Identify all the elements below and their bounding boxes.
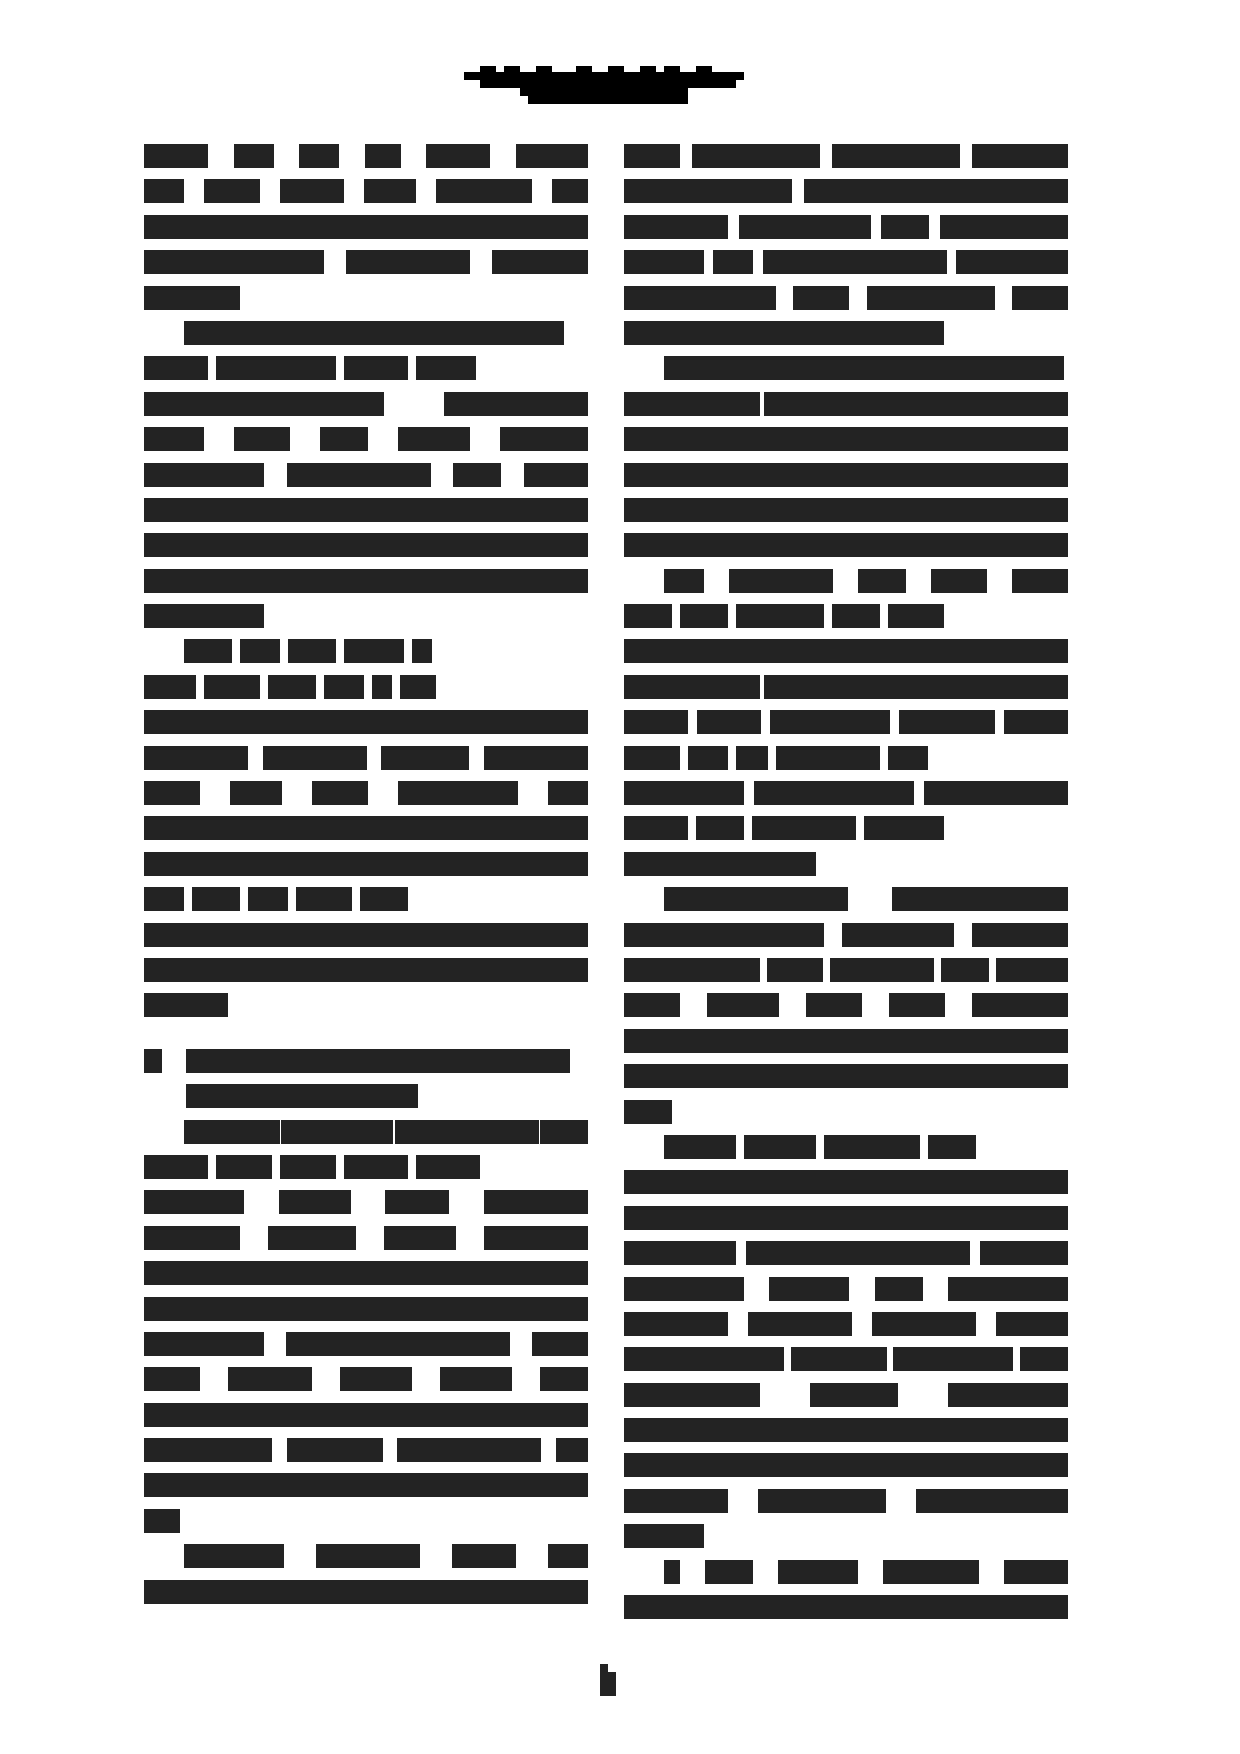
redacted-word	[540, 1120, 588, 1144]
redacted-word	[624, 215, 728, 239]
text-line	[624, 923, 1068, 947]
redacted-word	[144, 1190, 244, 1214]
text-line	[144, 392, 588, 416]
redacted-word	[931, 569, 987, 593]
redacted-word	[484, 1190, 588, 1214]
redacted-word	[696, 816, 744, 840]
redacted-word	[540, 1367, 588, 1391]
redacted-word	[268, 675, 316, 699]
redacted-word	[804, 179, 1068, 203]
redacted-word	[680, 604, 728, 628]
redacted-word	[184, 321, 564, 345]
redacted-word	[624, 250, 704, 274]
redacted-word	[144, 1332, 264, 1356]
text-line	[624, 569, 1068, 593]
redacted-word	[184, 1544, 284, 1568]
redacted-word	[832, 604, 880, 628]
redacted-word	[697, 710, 761, 734]
text-line	[144, 1473, 588, 1497]
redacted-word	[624, 958, 760, 982]
text-line	[624, 1312, 1068, 1336]
redacted-word	[744, 1135, 816, 1159]
redacted-word	[516, 144, 588, 168]
redacted-word	[624, 816, 688, 840]
redacted-word	[398, 781, 518, 805]
redacted-word	[453, 463, 501, 487]
redacted-word	[624, 993, 680, 1017]
redacted-word	[875, 1277, 923, 1301]
redacted-word	[144, 392, 384, 416]
redacted-word	[144, 887, 184, 911]
redacted-word	[791, 1347, 887, 1371]
text-line	[624, 1347, 1068, 1371]
text-line	[144, 1544, 588, 1568]
text-line	[624, 321, 1068, 345]
text-line	[144, 923, 588, 947]
text-line	[624, 639, 1068, 663]
redacted-word	[824, 1135, 920, 1159]
redacted-word	[752, 816, 856, 840]
redacted-word	[624, 1029, 1068, 1053]
text-line	[144, 1367, 588, 1391]
text-line	[624, 746, 1068, 770]
text-line	[624, 179, 1068, 203]
redacted-word	[764, 392, 1068, 416]
text-line	[144, 710, 588, 734]
redacted-word	[624, 675, 760, 699]
redacted-word	[344, 356, 408, 380]
text-line	[624, 427, 1068, 451]
redacted-word	[793, 286, 849, 310]
text-line	[624, 1560, 1068, 1584]
redacted-word	[144, 852, 588, 876]
redacted-word	[763, 250, 947, 274]
redacted-word	[867, 286, 995, 310]
redacted-word	[624, 179, 792, 203]
redacted-word	[736, 746, 768, 770]
redacted-word	[624, 923, 824, 947]
redacted-word	[263, 746, 367, 770]
redacted-word	[705, 1560, 753, 1584]
redacted-word	[688, 746, 728, 770]
text-line	[144, 887, 588, 911]
text-line	[144, 1155, 588, 1179]
header-text-block	[664, 66, 680, 74]
redacted-word	[664, 569, 704, 593]
spacer	[144, 1029, 588, 1049]
redacted-word	[864, 816, 944, 840]
redacted-word	[948, 1277, 1068, 1301]
text-line	[144, 852, 588, 876]
text-line	[624, 1524, 1068, 1548]
text-line	[144, 463, 588, 487]
redacted-word	[340, 1367, 412, 1391]
text-line	[624, 144, 1068, 168]
text-line	[624, 887, 1068, 911]
redacted-word	[280, 179, 344, 203]
text-line	[624, 498, 1068, 522]
redacted-word	[769, 1277, 849, 1301]
text-line	[624, 710, 1068, 734]
redacted-word	[144, 1580, 588, 1604]
redacted-word	[664, 1560, 680, 1584]
redacted-word	[754, 781, 914, 805]
text-line	[624, 1418, 1068, 1442]
redacted-word	[624, 1277, 744, 1301]
redacted-word	[872, 1312, 976, 1336]
redacted-word	[144, 286, 240, 310]
redacted-word	[810, 1383, 898, 1407]
redacted-word	[624, 463, 1068, 487]
redacted-word	[624, 144, 680, 168]
redacted-word	[996, 958, 1068, 982]
redacted-word	[144, 604, 264, 628]
redacted-word	[889, 993, 945, 1017]
redacted-word	[624, 1170, 1068, 1194]
redacted-word	[426, 144, 490, 168]
redacted-word	[729, 569, 833, 593]
text-line	[624, 1135, 1068, 1159]
redacted-word	[956, 250, 1068, 274]
redacted-word	[624, 781, 744, 805]
redacted-word	[230, 781, 282, 805]
text-line	[144, 1190, 588, 1214]
redacted-word	[624, 1418, 1068, 1442]
redacted-word	[624, 710, 688, 734]
redacted-word	[364, 179, 416, 203]
redacted-word	[234, 144, 274, 168]
redacted-word	[899, 710, 995, 734]
redacted-word	[312, 781, 368, 805]
redacted-word	[858, 569, 906, 593]
redacted-word	[144, 923, 588, 947]
redacted-word	[940, 215, 1068, 239]
redacted-word	[624, 1453, 1068, 1477]
redacted-word	[556, 1438, 588, 1462]
redacted-word	[624, 392, 760, 416]
redacted-word	[916, 1489, 1068, 1513]
redacted-word	[186, 1084, 418, 1108]
text-line	[624, 604, 1068, 628]
redacted-word	[144, 533, 588, 557]
redacted-word	[524, 463, 588, 487]
text-line	[144, 1261, 588, 1285]
redacted-word	[395, 1120, 539, 1144]
redacted-word	[216, 356, 336, 380]
header-text-block	[504, 66, 520, 74]
text-line	[144, 604, 588, 628]
text-line	[624, 1489, 1068, 1513]
text-line	[144, 533, 588, 557]
text-line	[144, 1226, 588, 1250]
redacted-word	[736, 604, 824, 628]
redacted-word	[280, 1155, 336, 1179]
redacted-word	[972, 144, 1068, 168]
text-line	[144, 179, 588, 203]
redacted-word	[552, 179, 588, 203]
redacted-word	[144, 1403, 588, 1427]
text-line	[624, 852, 1068, 876]
text-line	[624, 1029, 1068, 1053]
text-line	[624, 1206, 1068, 1230]
redacted-word	[624, 639, 1068, 663]
redacted-word	[385, 1190, 449, 1214]
redacted-word	[296, 887, 352, 911]
redacted-word	[883, 1560, 979, 1584]
redacted-word	[1020, 1347, 1068, 1371]
text-line	[624, 463, 1068, 487]
redacted-word	[279, 1190, 351, 1214]
redacted-word	[240, 639, 280, 663]
header-text-block	[608, 66, 624, 74]
right-column	[624, 144, 1068, 1630]
text-line	[144, 144, 588, 168]
redacted-word	[924, 781, 1068, 805]
redacted-word	[624, 852, 816, 876]
redacted-word	[624, 1595, 1068, 1619]
redacted-word	[758, 1489, 886, 1513]
redacted-word	[888, 746, 928, 770]
header-text-block	[576, 66, 592, 74]
text-line	[624, 993, 1068, 1017]
header-text-block	[480, 80, 736, 88]
redacted-word	[548, 1544, 588, 1568]
redacted-word	[344, 1155, 408, 1179]
redacted-word	[204, 675, 260, 699]
redacted-word	[624, 1312, 728, 1336]
redacted-word	[144, 569, 588, 593]
redacted-word	[144, 1473, 588, 1497]
redacted-word	[324, 675, 364, 699]
redacted-word	[144, 958, 588, 982]
section-number	[144, 1049, 162, 1073]
section-heading	[144, 1084, 588, 1108]
redacted-word	[144, 993, 228, 1017]
redacted-word	[316, 1544, 420, 1568]
text-line	[624, 1453, 1068, 1477]
redacted-word	[996, 1312, 1068, 1336]
redacted-word	[892, 887, 1068, 911]
text-line	[144, 569, 588, 593]
header-text-block	[520, 88, 688, 96]
text-line	[144, 498, 588, 522]
redacted-word	[144, 1297, 588, 1321]
redacted-word	[624, 321, 944, 345]
redacted-word	[320, 427, 368, 451]
redacted-word	[228, 1367, 312, 1391]
text-line	[624, 1100, 1068, 1124]
header-text-block	[640, 66, 656, 74]
redacted-word	[186, 1049, 570, 1073]
redacted-word	[842, 923, 954, 947]
redacted-word	[767, 958, 823, 982]
redacted-word	[500, 427, 588, 451]
redacted-word	[624, 1241, 736, 1265]
redacted-word	[184, 1120, 280, 1144]
redacted-word	[1012, 569, 1068, 593]
redacted-word	[664, 1135, 736, 1159]
redacted-word	[492, 250, 588, 274]
redacted-word	[144, 746, 248, 770]
redacted-word	[381, 746, 469, 770]
text-line	[144, 1403, 588, 1427]
redacted-word	[344, 639, 404, 663]
redacted-word	[144, 144, 208, 168]
redacted-word	[548, 781, 588, 805]
text-line	[624, 1383, 1068, 1407]
text-line	[144, 321, 588, 345]
redacted-word	[144, 463, 264, 487]
redacted-word	[748, 1312, 852, 1336]
text-line	[144, 675, 588, 699]
text-line	[144, 1509, 588, 1533]
redacted-word	[360, 887, 408, 911]
redacted-word	[746, 1241, 970, 1265]
redacted-word	[664, 887, 848, 911]
redacted-word	[972, 923, 1068, 947]
text-line	[144, 639, 588, 663]
redacted-word	[972, 993, 1068, 1017]
text-line	[144, 250, 588, 274]
page-number	[600, 1672, 616, 1696]
redacted-word	[144, 250, 324, 274]
redacted-word	[299, 144, 339, 168]
redacted-word	[1004, 1560, 1068, 1584]
paper-page	[0, 0, 1240, 1754]
text-line	[624, 1241, 1068, 1265]
redacted-word	[384, 1226, 456, 1250]
redacted-word	[398, 427, 470, 451]
text-line	[624, 1277, 1068, 1301]
redacted-word	[248, 887, 288, 911]
text-line	[144, 746, 588, 770]
redacted-word	[770, 710, 890, 734]
redacted-word	[764, 675, 1068, 699]
redacted-word	[416, 1155, 480, 1179]
text-line	[624, 1064, 1068, 1088]
redacted-word	[1004, 710, 1068, 734]
redacted-word	[144, 1261, 588, 1285]
redacted-word	[624, 1064, 1068, 1088]
section-heading	[144, 1049, 588, 1073]
redacted-word	[144, 1155, 208, 1179]
redacted-word	[144, 1438, 272, 1462]
redacted-word	[948, 1383, 1068, 1407]
header-text-block	[480, 66, 496, 74]
redacted-word	[288, 639, 336, 663]
redacted-word	[452, 1544, 516, 1568]
redacted-word	[144, 710, 588, 734]
redacted-word	[980, 1241, 1068, 1265]
header-text-block	[696, 66, 712, 74]
redacted-word	[806, 993, 862, 1017]
redacted-word	[144, 781, 200, 805]
redacted-word	[444, 392, 588, 416]
text-line	[144, 1297, 588, 1321]
redacted-word	[624, 1524, 704, 1548]
redacted-word	[346, 250, 470, 274]
redacted-word	[144, 215, 588, 239]
redacted-word	[412, 639, 432, 663]
redacted-word	[144, 498, 588, 522]
redacted-word	[144, 1509, 180, 1533]
header-text-block	[528, 96, 688, 104]
redacted-word	[707, 993, 779, 1017]
text-line	[624, 392, 1068, 416]
text-line	[144, 1438, 588, 1462]
redacted-word	[624, 1347, 784, 1371]
text-line	[624, 816, 1068, 840]
redacted-word	[416, 356, 476, 380]
redacted-word	[830, 958, 934, 982]
text-line	[624, 1595, 1068, 1619]
text-line	[624, 215, 1068, 239]
redacted-word	[888, 604, 944, 628]
text-line	[144, 993, 588, 1017]
text-line	[624, 675, 1068, 699]
redacted-word	[624, 604, 672, 628]
text-line	[624, 781, 1068, 805]
redacted-word	[624, 1489, 728, 1513]
redacted-word	[184, 639, 232, 663]
redacted-word	[664, 356, 1064, 380]
redacted-word	[144, 179, 184, 203]
redacted-word	[216, 1155, 272, 1179]
redacted-word	[281, 1120, 393, 1144]
redacted-word	[1012, 286, 1068, 310]
redacted-word	[624, 746, 680, 770]
redacted-word	[234, 427, 290, 451]
redacted-word	[893, 1347, 1013, 1371]
redacted-word	[778, 1560, 858, 1584]
redacted-word	[144, 427, 204, 451]
text-line	[624, 356, 1068, 380]
redacted-word	[713, 250, 753, 274]
redacted-word	[204, 179, 260, 203]
text-line	[144, 356, 588, 380]
redacted-word	[928, 1135, 976, 1159]
text-line	[144, 215, 588, 239]
redacted-word	[624, 498, 1068, 522]
redacted-word	[776, 746, 880, 770]
redacted-word	[739, 215, 871, 239]
text-line	[144, 958, 588, 982]
redacted-word	[532, 1332, 588, 1356]
text-line	[144, 427, 588, 451]
header-text-block	[536, 66, 552, 74]
text-line	[144, 1332, 588, 1356]
text-line	[144, 781, 588, 805]
text-line	[624, 1170, 1068, 1194]
text-line	[144, 816, 588, 840]
redacted-word	[192, 887, 240, 911]
redacted-word	[624, 1206, 1068, 1230]
left-column	[144, 144, 588, 1615]
redacted-word	[692, 144, 820, 168]
text-line	[624, 958, 1068, 982]
redacted-word	[624, 1100, 672, 1124]
redacted-word	[144, 1226, 240, 1250]
redacted-word	[287, 1438, 383, 1462]
redacted-word	[436, 179, 532, 203]
redacted-word	[144, 816, 588, 840]
redacted-word	[832, 144, 960, 168]
redacted-word	[624, 533, 1068, 557]
redacted-word	[881, 215, 929, 239]
text-line	[624, 250, 1068, 274]
redacted-word	[484, 746, 588, 770]
redacted-word	[624, 1383, 760, 1407]
